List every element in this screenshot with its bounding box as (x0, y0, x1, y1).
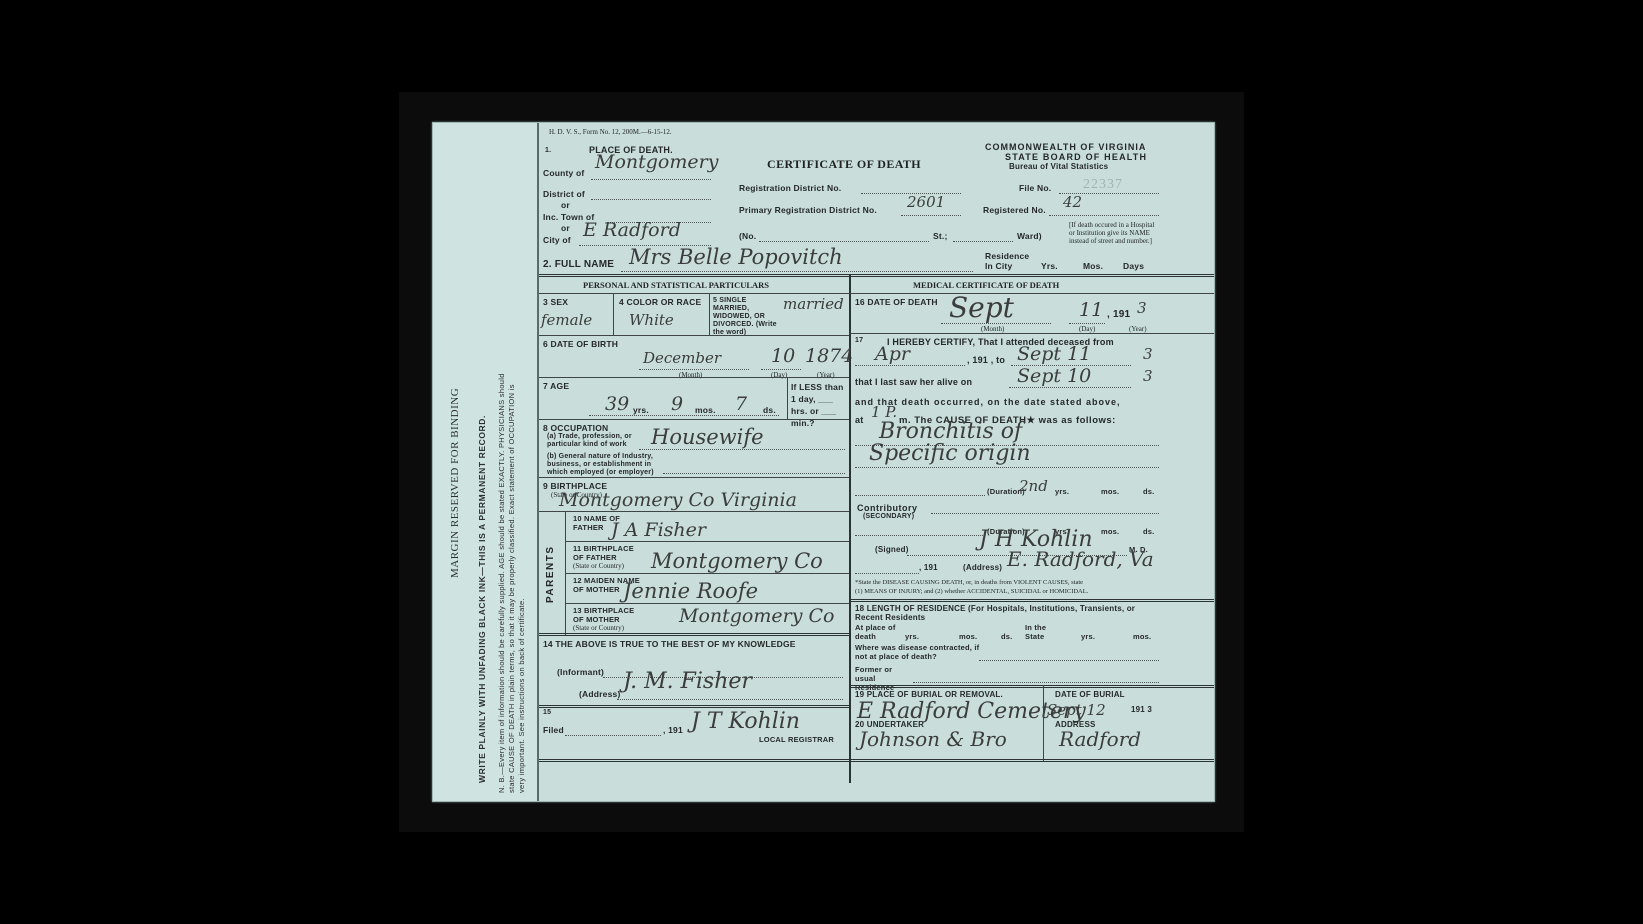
attended-to-date: Sept 11 (1017, 343, 1091, 365)
occupation-label: 8 OCCUPATION (543, 423, 608, 433)
age-ds-label: ds. (763, 405, 776, 415)
file-number-value: 22337 (1083, 177, 1123, 193)
duration-mos: mos. (1101, 487, 1119, 496)
occupation-b-label: (b) General nature of Industry, business… (547, 453, 667, 477)
at-label: at (855, 415, 863, 425)
attended-from-date: Apr (875, 343, 910, 365)
birthplace-value: Montgomery Co Virginia (559, 489, 797, 511)
signed-label: (Signed) (875, 545, 909, 554)
dod-day-caption: (Day) (1079, 325, 1095, 333)
place-of-death-number: 1. (545, 147, 551, 154)
binding-margin: MARGIN RESERVED FOR BINDING WRITE PLAINL… (433, 123, 539, 801)
length-of-residence-label: 18 LENGTH OF RESIDENCE (For Hospitals, I… (855, 604, 1165, 622)
dob-day: 10 (771, 345, 795, 367)
primary-registration-value: 2601 (907, 193, 945, 211)
residence-state-mos: mos. (1133, 632, 1151, 641)
occupation-value: Housewife (651, 425, 764, 449)
filed-number: 15 (543, 709, 551, 716)
dod-year-caption: (Year) (1129, 325, 1147, 333)
contributory-label: Contributory (857, 503, 918, 513)
agency-line-3: Bureau of Vital Statistics (1009, 162, 1108, 171)
informant-heading: 14 THE ABOVE IS TRUE TO THE BEST OF MY K… (543, 639, 796, 649)
or-1: or (561, 200, 570, 210)
father-birthplace-value: Montgomery Co (651, 549, 823, 573)
father-name-value: J A Fisher (611, 519, 706, 541)
registered-number-label: Registered No. (983, 205, 1046, 215)
residence-place-mos: mos. (959, 632, 977, 641)
city-value: E Radford (583, 219, 681, 241)
sex-label: 3 SEX (543, 297, 568, 307)
full-name-label: 2. FULL NAME (543, 259, 614, 270)
registration-district-label: Registration District No. (739, 183, 841, 193)
parents-label: PARENTS (545, 545, 556, 603)
hospital-note: [If death occured in a Hospital or Insti… (1069, 221, 1161, 245)
margin-binding-text: MARGIN RESERVED FOR BINDING (449, 388, 461, 578)
last-saw-year: 3 (1143, 367, 1153, 385)
race-label: 4 COLOR OR RACE (619, 297, 701, 307)
street-label: (No. (739, 231, 756, 241)
duration-value: 2nd (1019, 477, 1048, 495)
duration-mos-2: mos. (1101, 527, 1119, 536)
file-number-label: File No. (1019, 183, 1051, 193)
age-label: 7 AGE (543, 381, 569, 391)
filed-label: Filed (543, 725, 564, 735)
burial-place-label: 19 PLACE OF BURIAL OR REMOVAL. (855, 690, 1003, 699)
item-17-number: 17 (855, 337, 863, 344)
age-mos-label: mos. (695, 405, 716, 415)
sex-value: female (541, 311, 592, 329)
less-than-day: If LESS than 1 day, ___ hrs. or ___ min.… (791, 381, 849, 429)
form-number: H. D. V. S., Form No. 12, 200M.—6-15-12. (549, 128, 672, 136)
medical-heading: MEDICAL CERTIFICATE OF DEATH (913, 280, 1059, 290)
residence-in-state: In the State (1025, 623, 1065, 641)
dod-year-prefix: , 191 (1107, 309, 1130, 320)
ward-label: Ward) (1017, 231, 1042, 241)
margin-note-3: very important. See instructions on back… (517, 598, 526, 793)
footnote-line-1: *State the DISEASE CAUSING DEATH, or, in… (855, 579, 1083, 586)
occupation-a-label: (a) Trade, profession, or particular kin… (547, 433, 647, 449)
duration-yrs: yrs. (1055, 487, 1069, 496)
dob-label: 6 DATE OF BIRTH (543, 339, 618, 349)
informant-name: J. M. Fisher (623, 669, 752, 694)
residence-yrs: Yrs. (1041, 261, 1058, 271)
agency-line-2: STATE BOARD OF HEALTH (1005, 152, 1147, 162)
last-saw-text: that I last saw her alive on (855, 377, 972, 387)
date-of-death-label: 16 DATE OF DEATH (855, 297, 938, 307)
county-label: County of (543, 168, 584, 178)
undertaker-address: Radford (1059, 727, 1141, 751)
full-name-value: Mrs Belle Popovitch (629, 245, 843, 269)
father-birthplace-caption: (State or Country) (573, 562, 624, 570)
filed-year: , 191 (663, 725, 683, 735)
primary-registration-label: Primary Registration District No. (739, 205, 877, 215)
cause-of-death-line-2: Specific origin (869, 441, 1031, 466)
residence-days: Days (1123, 261, 1144, 271)
duration-ds-2: ds. (1143, 527, 1154, 536)
county-value: Montgomery (595, 151, 718, 173)
agency-line-1: COMMONWEALTH OF VIRGINIA (985, 142, 1146, 152)
margin-note-2: state CAUSE OF DEATH in plain terms, so … (507, 384, 516, 793)
mother-birthplace-value: Montgomery Co (679, 605, 834, 627)
race-value: White (629, 311, 674, 329)
registered-number-value: 42 (1063, 193, 1082, 211)
residence-in-city: In City (985, 261, 1012, 271)
signed-year-label: , 191 (919, 563, 938, 572)
residence-at-place: At place of death (855, 623, 905, 641)
footnote-line-2: (1) MEANS OF INJURY; and (2) whether ACC… (855, 588, 1088, 595)
burial-date: Sept 12 (1047, 701, 1106, 719)
secondary-label: (SECONDARY) (863, 513, 914, 520)
date-of-death-month: Sept (949, 291, 1014, 324)
date-of-death-day: 11 (1079, 299, 1103, 321)
mother-birthplace-caption: (State or Country) (573, 624, 624, 632)
last-saw-date: Sept 10 (1017, 365, 1091, 387)
death-certificate: MARGIN RESERVED FOR BINDING WRITE PLAINL… (432, 122, 1215, 802)
dob-month: December (643, 349, 721, 367)
certificate-title: CERTIFICATE OF DEATH (767, 157, 921, 172)
margin-ink-text: WRITE PLAINLY WITH UNFADING BLACK INK—TH… (477, 415, 487, 783)
mother-birthplace-label: 13 BIRTHPLACE OF MOTHER (573, 606, 643, 624)
residence-mos: Mos. (1083, 261, 1103, 271)
marital-value: married (783, 295, 844, 313)
undertaker-name: Johnson & Bro (859, 727, 1007, 751)
district-label: District of (543, 189, 585, 199)
residence-place-yrs: yrs. (905, 632, 919, 641)
marital-label: 5 SINGLE MARRIED, WIDOWED, OR DIVORCED. … (713, 297, 783, 337)
attended-to-label: , 191 , to (967, 355, 1005, 365)
physician-address-label: (Address) (963, 563, 1002, 572)
dod-month-caption: (Month) (981, 325, 1004, 333)
residence-state-yrs: yrs. (1081, 632, 1095, 641)
city-label: City of (543, 235, 571, 245)
physician-address: E. Radford, Va (1007, 547, 1154, 571)
residence-label: Residence (985, 251, 1029, 261)
attended-to-year: 3 (1143, 345, 1153, 363)
local-registrar-label: LOCAL REGISTRAR (759, 735, 834, 744)
or-2: or (561, 223, 570, 233)
burial-date-label: DATE OF BURIAL (1055, 690, 1125, 699)
burial-year: 191 3 (1131, 705, 1152, 714)
personal-heading: PERSONAL AND STATISTICAL PARTICULARS (583, 280, 769, 290)
dob-year: 1874 (805, 345, 853, 367)
disease-contracted-label: Where was disease contracted, if not at … (855, 643, 985, 661)
age-years: 39 (605, 393, 629, 415)
margin-note-1: N. B.—Every item of information should b… (497, 373, 506, 793)
age-days: 7 (735, 393, 747, 415)
age-yrs-label: yrs. (633, 405, 649, 415)
mother-name-value: Jennie Roofe (623, 579, 758, 603)
st-label: St.; (933, 231, 948, 241)
certificate-form: H. D. V. S., Form No. 12, 200M.—6-15-12.… (539, 123, 1214, 801)
informant-address-label: (Address) (579, 689, 620, 699)
date-of-death-year: 3 (1137, 299, 1147, 317)
residence-place-ds: ds. (1001, 632, 1012, 641)
informant-label: (Informant) (557, 667, 604, 677)
age-months: 9 (671, 393, 683, 415)
father-birthplace-label: 11 BIRTHPLACE OF FATHER (573, 544, 643, 562)
duration-ds: ds. (1143, 487, 1154, 496)
registrar-signature: J T Kohlin (691, 709, 800, 734)
